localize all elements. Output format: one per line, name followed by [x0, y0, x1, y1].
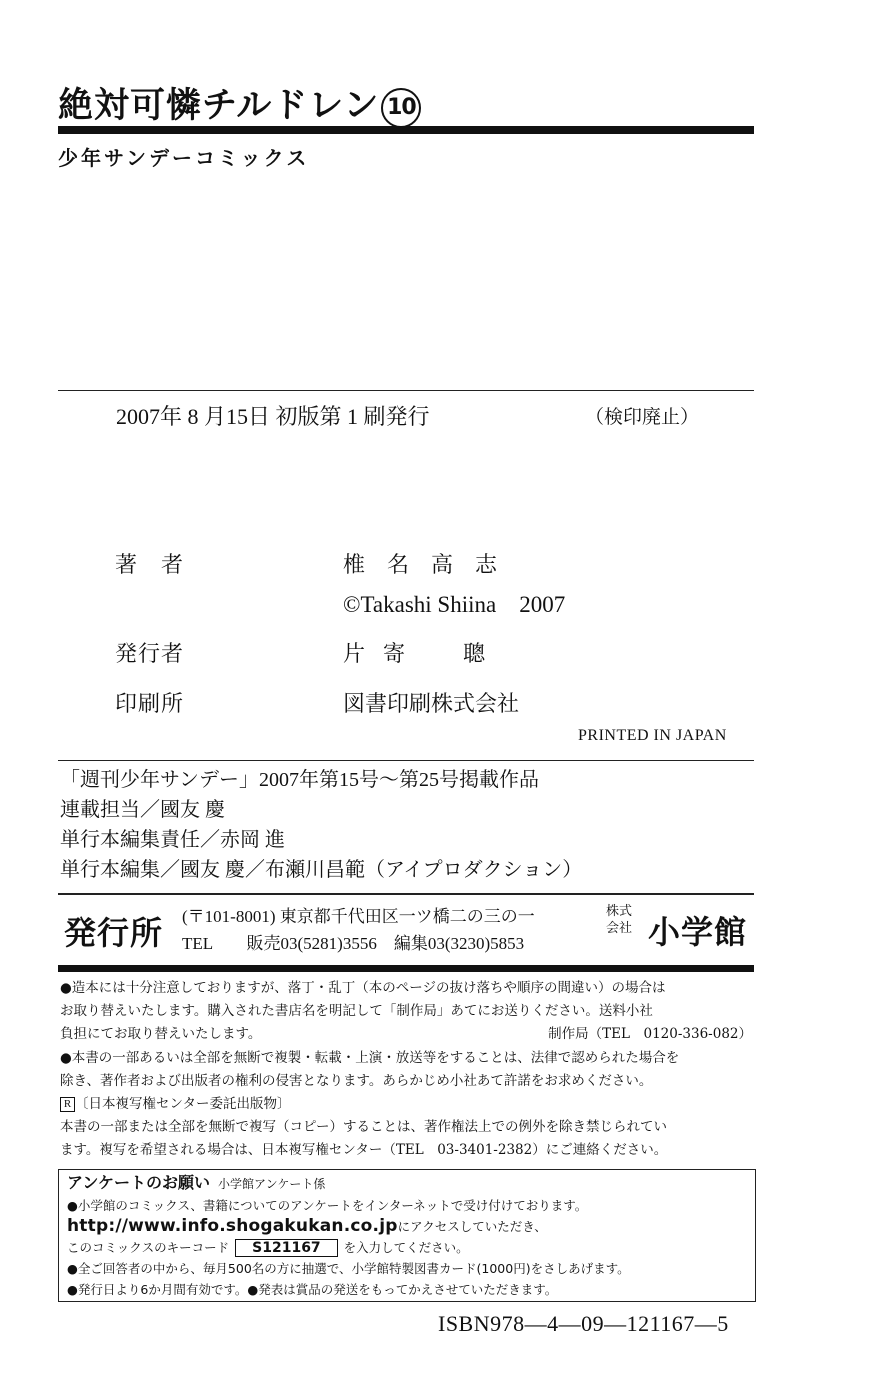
title-divider-thick	[58, 126, 754, 134]
note-line: ●造本には十分注意しておりますが、落丁・乱丁（本のページの抜け落ちや順序の間違い…	[60, 977, 760, 1000]
survey-keycode-row: このコミックスのキーコードS121167を入力してください。	[67, 1237, 747, 1258]
survey-url-row: http://www.info.shogakukan.co.jpにアクセスしてい…	[67, 1216, 747, 1237]
author-label: 著 者	[115, 548, 184, 579]
credits-divider-top	[58, 760, 754, 761]
survey-heading: アンケートのお願い	[67, 1173, 210, 1192]
publisher-tel: TEL 販売03(5281)3556 編集03(3230)5853	[182, 930, 535, 957]
credits-divider-bottom	[58, 893, 754, 895]
survey-department: 小学館アンケート係	[218, 1177, 325, 1191]
survey-heading-row: アンケートのお願い小学館アンケート係	[67, 1172, 747, 1195]
printer-name: 図書印刷株式会社	[343, 687, 519, 718]
publisher-corp-name: 小学館	[648, 907, 747, 953]
corp-type: 株式 会社	[606, 903, 642, 937]
printer-label: 印刷所	[115, 687, 184, 718]
note-line: ます。複写を希望される場合は、日本複写権センター（TEL 03-3401-238…	[60, 1139, 760, 1162]
corp-type-line2: 会社	[606, 920, 642, 937]
note-line: 除き、著作者および出版者の権利の侵害となります。あらかじめ小社あて許諾をお求めく…	[60, 1070, 760, 1093]
note-line: ●本書の一部あるいは全部を無断で複製・転載・上演・放送等をすることは、法律で認め…	[60, 1047, 760, 1070]
note-line: 本書の一部または全部を無断で複写（コピー）することは、著作権法上での例外を除き禁…	[60, 1116, 760, 1139]
publisher-address: (〒101-8001) 東京都千代田区一ツ橋二の三の一	[182, 903, 535, 930]
stamp-note: （検印廃止）	[585, 402, 699, 429]
survey-url-link[interactable]: http://www.info.shogakukan.co.jp	[67, 1216, 398, 1236]
corp-type-line1: 株式	[606, 903, 642, 920]
publisher-divider-thick	[58, 965, 754, 972]
book-title-text: 絶対可憐チルドレン	[58, 86, 379, 126]
note-line: 負担にてお取り替えいたします。制作局（TEL 0120-336-082）	[60, 1023, 760, 1046]
publisher-address-block: (〒101-8001) 東京都千代田区一ツ橋二の三の一 TEL 販売03(528…	[182, 903, 535, 957]
publisher-label: 発行者	[115, 637, 184, 668]
publisher-office-label: 発行所	[64, 908, 163, 954]
copyright-line: ©Takashi Shiina 2007	[343, 586, 565, 619]
note-text: 負担にてお取り替えいたします。	[60, 1026, 261, 1042]
note-line: お取り替えいたします。購入された書店名を明記して「制作局」あてにお送りください。…	[60, 1000, 760, 1023]
date-divider	[58, 390, 754, 391]
credit-line: 連載担当／國友 慶	[60, 795, 582, 825]
book-title: 絶対可憐チルドレン10	[58, 78, 421, 128]
credits-block: 「週刊少年サンデー」2007年第15号～第25号掲載作品 連載担当／國友 慶 単…	[60, 765, 582, 885]
survey-line: ●小学館のコミックス、書籍についてのアンケートをインターネットで受け付けておりま…	[67, 1195, 747, 1216]
survey-line: ●発行日より6か月間有効です。●発表は賞品の発送をもってかえさせていただきます。	[67, 1279, 747, 1300]
printed-in-japan: PRINTED IN JAPAN	[578, 727, 727, 745]
note-line: R〔日本複写権センター委託出版物〕	[60, 1093, 760, 1116]
keycode-prefix: このコミックスのキーコード	[67, 1240, 229, 1255]
credit-line: 「週刊少年サンデー」2007年第15号～第25号掲載作品	[60, 765, 582, 795]
legal-notes: ●造本には十分注意しておりますが、落丁・乱丁（本のページの抜け落ちや順序の間違い…	[60, 977, 760, 1163]
survey-line: ●全ご回答者の中から、毎月500名の方に抽選で、小学館特製図書カード(1000円…	[67, 1258, 747, 1279]
registered-r-icon: R	[60, 1097, 75, 1112]
publication-date: 2007年 8 月15日 初版第 1 刷発行	[116, 400, 430, 431]
credit-line: 単行本編集責任／赤岡 進	[60, 825, 582, 855]
keycode-box: S121167	[235, 1239, 338, 1257]
volume-number-badge: 10	[381, 88, 421, 128]
credit-line: 単行本編集／國友 慶／布瀬川昌範（アイプロダクション）	[60, 855, 582, 885]
keycode-suffix: を入力してください。	[344, 1240, 469, 1255]
survey-url-suffix: にアクセスしていただき、	[398, 1219, 547, 1234]
author-name: 椎名高志	[343, 548, 519, 579]
publisher-person: 片寄 聰	[343, 637, 503, 668]
note-text: 〔日本複写権センター委託出版物〕	[75, 1096, 290, 1112]
series-name: 少年サンデーコミックス	[58, 142, 309, 171]
isbn-number: ISBN978—4—09—121167—5	[438, 1311, 729, 1337]
production-dept-tel: 制作局（TEL 0120-336-082）	[548, 1023, 752, 1046]
survey-box: アンケートのお願い小学館アンケート係 ●小学館のコミックス、書籍についてのアンケ…	[58, 1169, 756, 1302]
